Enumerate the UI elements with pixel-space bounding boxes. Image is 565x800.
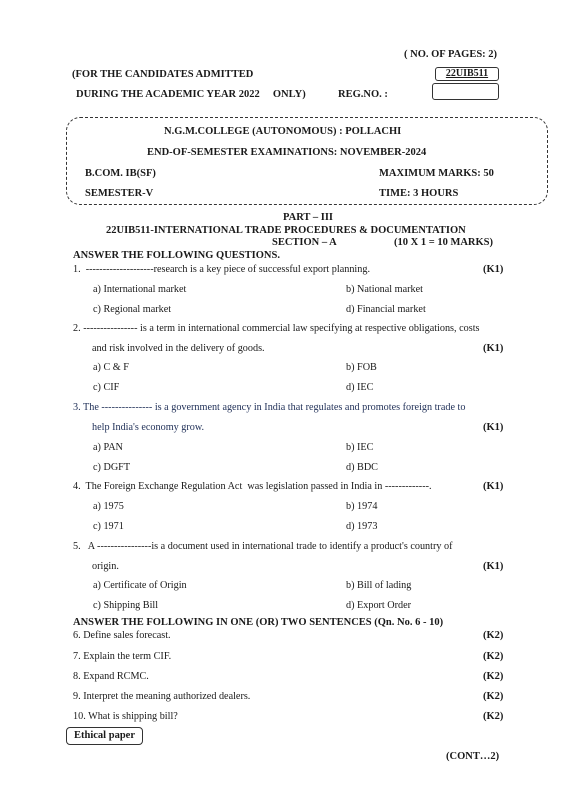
knowledge-level: (K1) (483, 561, 503, 572)
option-b: b) FOB (346, 362, 377, 373)
section-marks: (10 X 1 = 10 MARKS) (394, 237, 493, 248)
ethical-paper-label: Ethical paper (67, 728, 142, 744)
question-text: 5. A ----------------is a document used … (73, 541, 453, 552)
part-heading: PART – III (283, 212, 333, 223)
question-text-continued: and risk involved in the delivery of goo… (92, 343, 265, 354)
option-d: d) Financial market (346, 304, 426, 315)
option-a: a) 1975 (93, 501, 124, 512)
question-text: 4. The Foreign Exchange Regulation Act w… (73, 481, 432, 492)
max-marks: MAXIMUM MARKS: 50 (379, 168, 494, 179)
question-text: 3. The --------------- is a government a… (73, 402, 465, 413)
semester: SEMESTER-V (85, 188, 153, 199)
subject-code-box: 22UIB511 (435, 67, 499, 81)
knowledge-level: (K1) (483, 343, 503, 354)
candidates-line-2: DURING THE ACADEMIC YEAR 2022 ONLY) (76, 89, 306, 100)
option-a: a) C & F (93, 362, 129, 373)
knowledge-level: (K1) (483, 481, 503, 492)
option-b: b) National market (346, 284, 423, 295)
question-text: 6. Define sales forecast. (73, 630, 171, 641)
candidates-line-1: (FOR THE CANDIDATES ADMITTED (72, 69, 253, 80)
option-c: c) Regional market (93, 304, 171, 315)
knowledge-level: (K2) (483, 651, 503, 662)
exam-time: TIME: 3 HOURS (379, 188, 458, 199)
option-a: a) International market (93, 284, 186, 295)
option-d: d) 1973 (346, 521, 377, 532)
option-d: d) BDC (346, 462, 378, 473)
question-text: 2. ---------------- is a term in interna… (73, 323, 480, 334)
option-d: d) IEC (346, 382, 373, 393)
page-count: ( NO. OF PAGES: 2) (404, 49, 497, 60)
knowledge-level: (K2) (483, 711, 503, 722)
option-b: b) IEC (346, 442, 373, 453)
option-a: a) PAN (93, 442, 123, 453)
subject-code: 22UIB511 (436, 68, 498, 80)
college-name: N.G.M.COLLEGE (AUTONOMOUS) : POLLACHI (164, 126, 401, 137)
reg-no-label: REG.NO. : (338, 89, 388, 100)
option-c: c) 1971 (93, 521, 124, 532)
option-d: d) Export Order (346, 600, 411, 611)
option-b: b) Bill of lading (346, 580, 411, 591)
section-a-instruction: ANSWER THE FOLLOWING QUESTIONS. (73, 250, 280, 261)
option-b: b) 1974 (346, 501, 377, 512)
option-c: c) Shipping Bill (93, 600, 158, 611)
short-answer-instruction: ANSWER THE FOLLOWING IN ONE (OR) TWO SEN… (73, 617, 443, 628)
reg-no-field[interactable] (432, 83, 499, 100)
section-heading: SECTION – A (272, 237, 337, 248)
exam-name: END-OF-SEMESTER EXAMINATIONS: NOVEMBER-2… (147, 147, 426, 158)
knowledge-level: (K2) (483, 630, 503, 641)
option-a: a) Certificate of Origin (93, 580, 187, 591)
question-text: 7. Explain the term CIF. (73, 651, 171, 662)
knowledge-level: (K2) (483, 691, 503, 702)
option-c: c) DGFT (93, 462, 130, 473)
ethical-paper-badge: Ethical paper (66, 727, 143, 745)
question-text: 1. --------------------research is a key… (73, 264, 370, 275)
paper-title: 22UIB511-INTERNATIONAL TRADE PROCEDURES … (106, 225, 466, 236)
question-text: 8. Expand RCMC. (73, 671, 149, 682)
question-text: 10. What is shipping bill? (73, 711, 178, 722)
programme: B.COM. IB(SF) (85, 168, 156, 179)
knowledge-level: (K2) (483, 671, 503, 682)
option-c: c) CIF (93, 382, 119, 393)
question-text-continued: origin. (92, 561, 119, 572)
question-text-continued: help India's economy grow. (92, 422, 204, 433)
knowledge-level: (K1) (483, 264, 503, 275)
knowledge-level: (K1) (483, 422, 503, 433)
question-text: 9. Interpret the meaning authorized deal… (73, 691, 250, 702)
continued-marker: (CONT…2) (446, 751, 499, 762)
